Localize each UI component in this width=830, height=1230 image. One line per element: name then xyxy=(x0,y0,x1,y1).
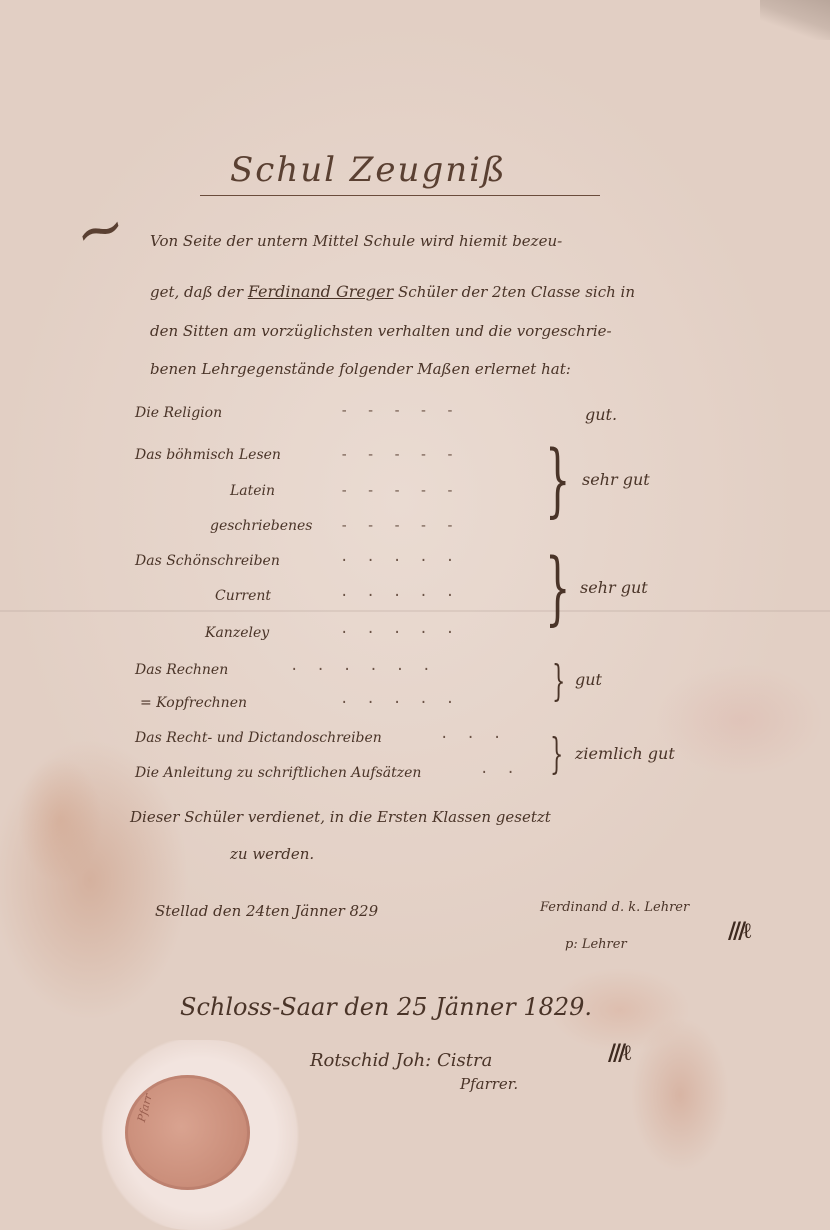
subject-bohemian-reading: Das böhmisch Lesen xyxy=(135,447,281,463)
leader-dots: ····· xyxy=(340,695,472,711)
folded-corner xyxy=(760,0,830,40)
leader-dots: ----- xyxy=(340,518,472,534)
subject-written: geschriebenes xyxy=(210,518,312,534)
brace-icon: } xyxy=(550,733,563,775)
grade-reading-group: sehr gut xyxy=(582,470,650,489)
closing-line-1: Dieser Schüler verdienet, in die Ersten … xyxy=(130,808,551,826)
brace-icon: } xyxy=(545,548,570,628)
brace-icon: } xyxy=(545,440,570,520)
subject-calligraphy: Das Schönschreiben xyxy=(135,553,280,569)
subject-orthography-dictation: Das Recht- und Dictandoschreiben xyxy=(135,730,382,746)
leader-dots: ----- xyxy=(340,483,472,499)
subject-chancery: Kanzeley xyxy=(205,625,269,641)
closing-line-2: zu werden. xyxy=(230,845,314,863)
leader-dots: ······ xyxy=(290,662,449,678)
leader-dots: ·· xyxy=(480,765,533,781)
teacher-paraph-icon: ///ℓ xyxy=(728,918,748,944)
fold-crease xyxy=(0,610,830,612)
leader-dots: ····· xyxy=(340,553,472,569)
intro-line-1: Von Seite der untern Mittel Schule wird … xyxy=(150,232,562,250)
subject-religion: Die Religion xyxy=(135,405,222,421)
teacher-date: Stellad den 24ten Jänner 829 xyxy=(155,902,378,920)
leader-dots: ----- xyxy=(340,447,472,463)
director-signature-line-2: Pfarrer. xyxy=(460,1075,518,1093)
teacher-signature-line-2: p: Lehrer xyxy=(565,937,627,952)
subject-mental-arithmetic: = Kopfrechnen xyxy=(140,695,247,711)
student-name: Ferdinand Greger xyxy=(248,282,393,301)
place-date: Schloss-Saar den 25 Jänner 1829. xyxy=(180,993,592,1021)
leader-dots: ····· xyxy=(340,625,472,641)
subject-arithmetic: Das Rechnen xyxy=(135,662,228,678)
leader-dots: ----- xyxy=(340,403,472,419)
intro-line-2: get, daß der Ferdinand Greger Schüler de… xyxy=(150,282,635,301)
grade-arithmetic-group: gut xyxy=(575,670,602,689)
brace-icon: } xyxy=(552,660,565,702)
subject-latin: Latein xyxy=(230,483,275,499)
grade-religion: gut. xyxy=(585,405,617,424)
grade-writing-group: sehr gut xyxy=(580,578,648,597)
director-paraph-icon: ///ℓ xyxy=(608,1040,628,1066)
director-signature-line-1: Rotschid Joh: Cistra xyxy=(310,1050,492,1071)
teacher-signature-line-1: Ferdinand d. k. Lehrer xyxy=(540,900,689,915)
grade-composition-group: ziemlich gut xyxy=(575,744,675,763)
title-underline xyxy=(200,195,600,196)
subject-current: Current xyxy=(215,588,271,604)
intro-prefix: get, daß der xyxy=(150,283,243,301)
intro-line-4: benen Lehrgegenstände folgender Maßen er… xyxy=(150,360,571,378)
intro-suffix: Schüler der 2ten Classe sich in xyxy=(398,283,635,301)
intro-line-3: den Sitten am vorzüglichsten verhalten u… xyxy=(150,322,612,340)
document-title: Schul Zeugniß xyxy=(230,150,507,190)
leader-dots: ····· xyxy=(340,588,472,604)
leader-dots: ··· xyxy=(440,730,519,746)
subject-composition: Die Anleitung zu schriftlichen Aufsätzen xyxy=(135,765,421,781)
